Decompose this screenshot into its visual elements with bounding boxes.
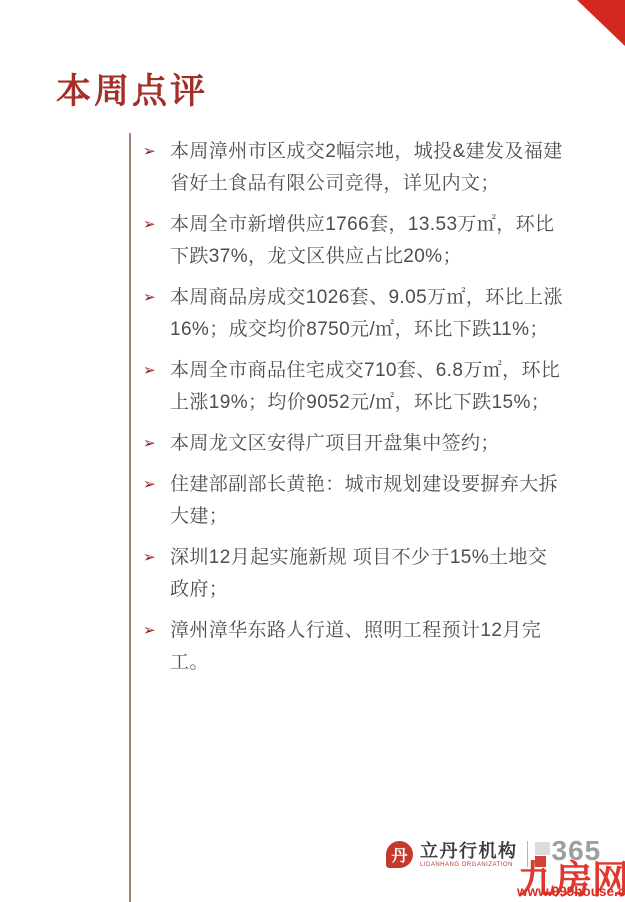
- arrow-bullet-icon: ➢: [143, 355, 170, 387]
- bullet-text: 本周商品房成交1026套、9.05万㎡，环比上涨16%；成交均价8750元/㎡，…: [170, 282, 566, 346]
- page-title: 本周点评: [56, 64, 208, 114]
- bullet-text: 本周漳州市区成交2幅宗地，城投&建发及福建省好土食品有限公司竞得，详见内文；: [170, 136, 566, 200]
- commentary-section: ➢本周漳州市区成交2幅宗地，城投&建发及福建省好土食品有限公司竞得，详见内文；➢…: [129, 133, 577, 902]
- bullet-text: 本周全市商品住宅成交710套、6.8万㎡，环比上涨19%；均价9052元/㎡，环…: [170, 355, 566, 419]
- arrow-bullet-icon: ➢: [143, 428, 170, 460]
- bullet-item: ➢住建部副部长黄艳：城市规划建设要摒弃大拆大建；: [143, 469, 577, 533]
- arrow-bullet-icon: ➢: [143, 209, 170, 241]
- bullet-item: ➢本周商品房成交1026套、9.05万㎡，环比上涨16%；成交均价8750元/㎡…: [143, 282, 577, 346]
- logo-character: 丹: [391, 843, 407, 866]
- bullet-text: 住建部副部长黄艳：城市规划建设要摒弃大拆大建；: [170, 469, 566, 533]
- bullet-item: ➢漳州漳华东路人行道、照明工程预计12月完工。: [143, 615, 577, 679]
- bullet-list: ➢本周漳州市区成交2幅宗地，城投&建发及福建省好土食品有限公司竞得，详见内文；➢…: [131, 133, 577, 679]
- brand-subtitle: LIDANHANG ORGANIZATION: [420, 862, 518, 868]
- bullet-text: 漳州漳华东路人行道、照明工程预计12月完工。: [170, 615, 566, 679]
- lidanhang-logo-icon: 丹: [386, 841, 413, 868]
- brand-text-block: 立丹行机构 LIDANHANG ORGANIZATION: [420, 841, 518, 868]
- bullet-item: ➢本周漳州市区成交2幅宗地，城投&建发及福建省好土食品有限公司竞得，详见内文；: [143, 136, 577, 200]
- bullet-text: 本周龙文区安得广项目开盘集中签约；: [170, 428, 566, 460]
- bullet-item: ➢本周全市商品住宅成交710套、6.8万㎡，环比上涨19%；均价9052元/㎡，…: [143, 355, 577, 419]
- arrow-bullet-icon: ➢: [143, 136, 170, 168]
- arrow-bullet-icon: ➢: [143, 542, 170, 574]
- report-page: 本周点评 ➢本周漳州市区成交2幅宗地，城投&建发及福建省好土食品有限公司竞得，详…: [0, 0, 625, 902]
- bullet-item: ➢本周全市新增供应1766套，13.53万㎡，环比下跌37%，龙文区供应占比20…: [143, 209, 577, 273]
- arrow-bullet-icon: ➢: [143, 469, 170, 501]
- bullet-text: 本周全市新增供应1766套，13.53万㎡，环比下跌37%，龙文区供应占比20%…: [170, 209, 566, 273]
- bullet-item: ➢深圳12月起实施新规 项目不少于15%土地交政府；: [143, 542, 577, 606]
- arrow-bullet-icon: ➢: [143, 615, 170, 647]
- watermark-url: www.999house.com: [517, 884, 625, 899]
- bullet-text: 深圳12月起实施新规 项目不少于15%土地交政府；: [170, 542, 566, 606]
- corner-triangle-decoration: [577, 0, 625, 46]
- arrow-bullet-icon: ➢: [143, 282, 170, 314]
- bullet-item: ➢本周龙文区安得广项目开盘集中签约；: [143, 428, 577, 460]
- brand-name: 立丹行机构: [420, 841, 518, 861]
